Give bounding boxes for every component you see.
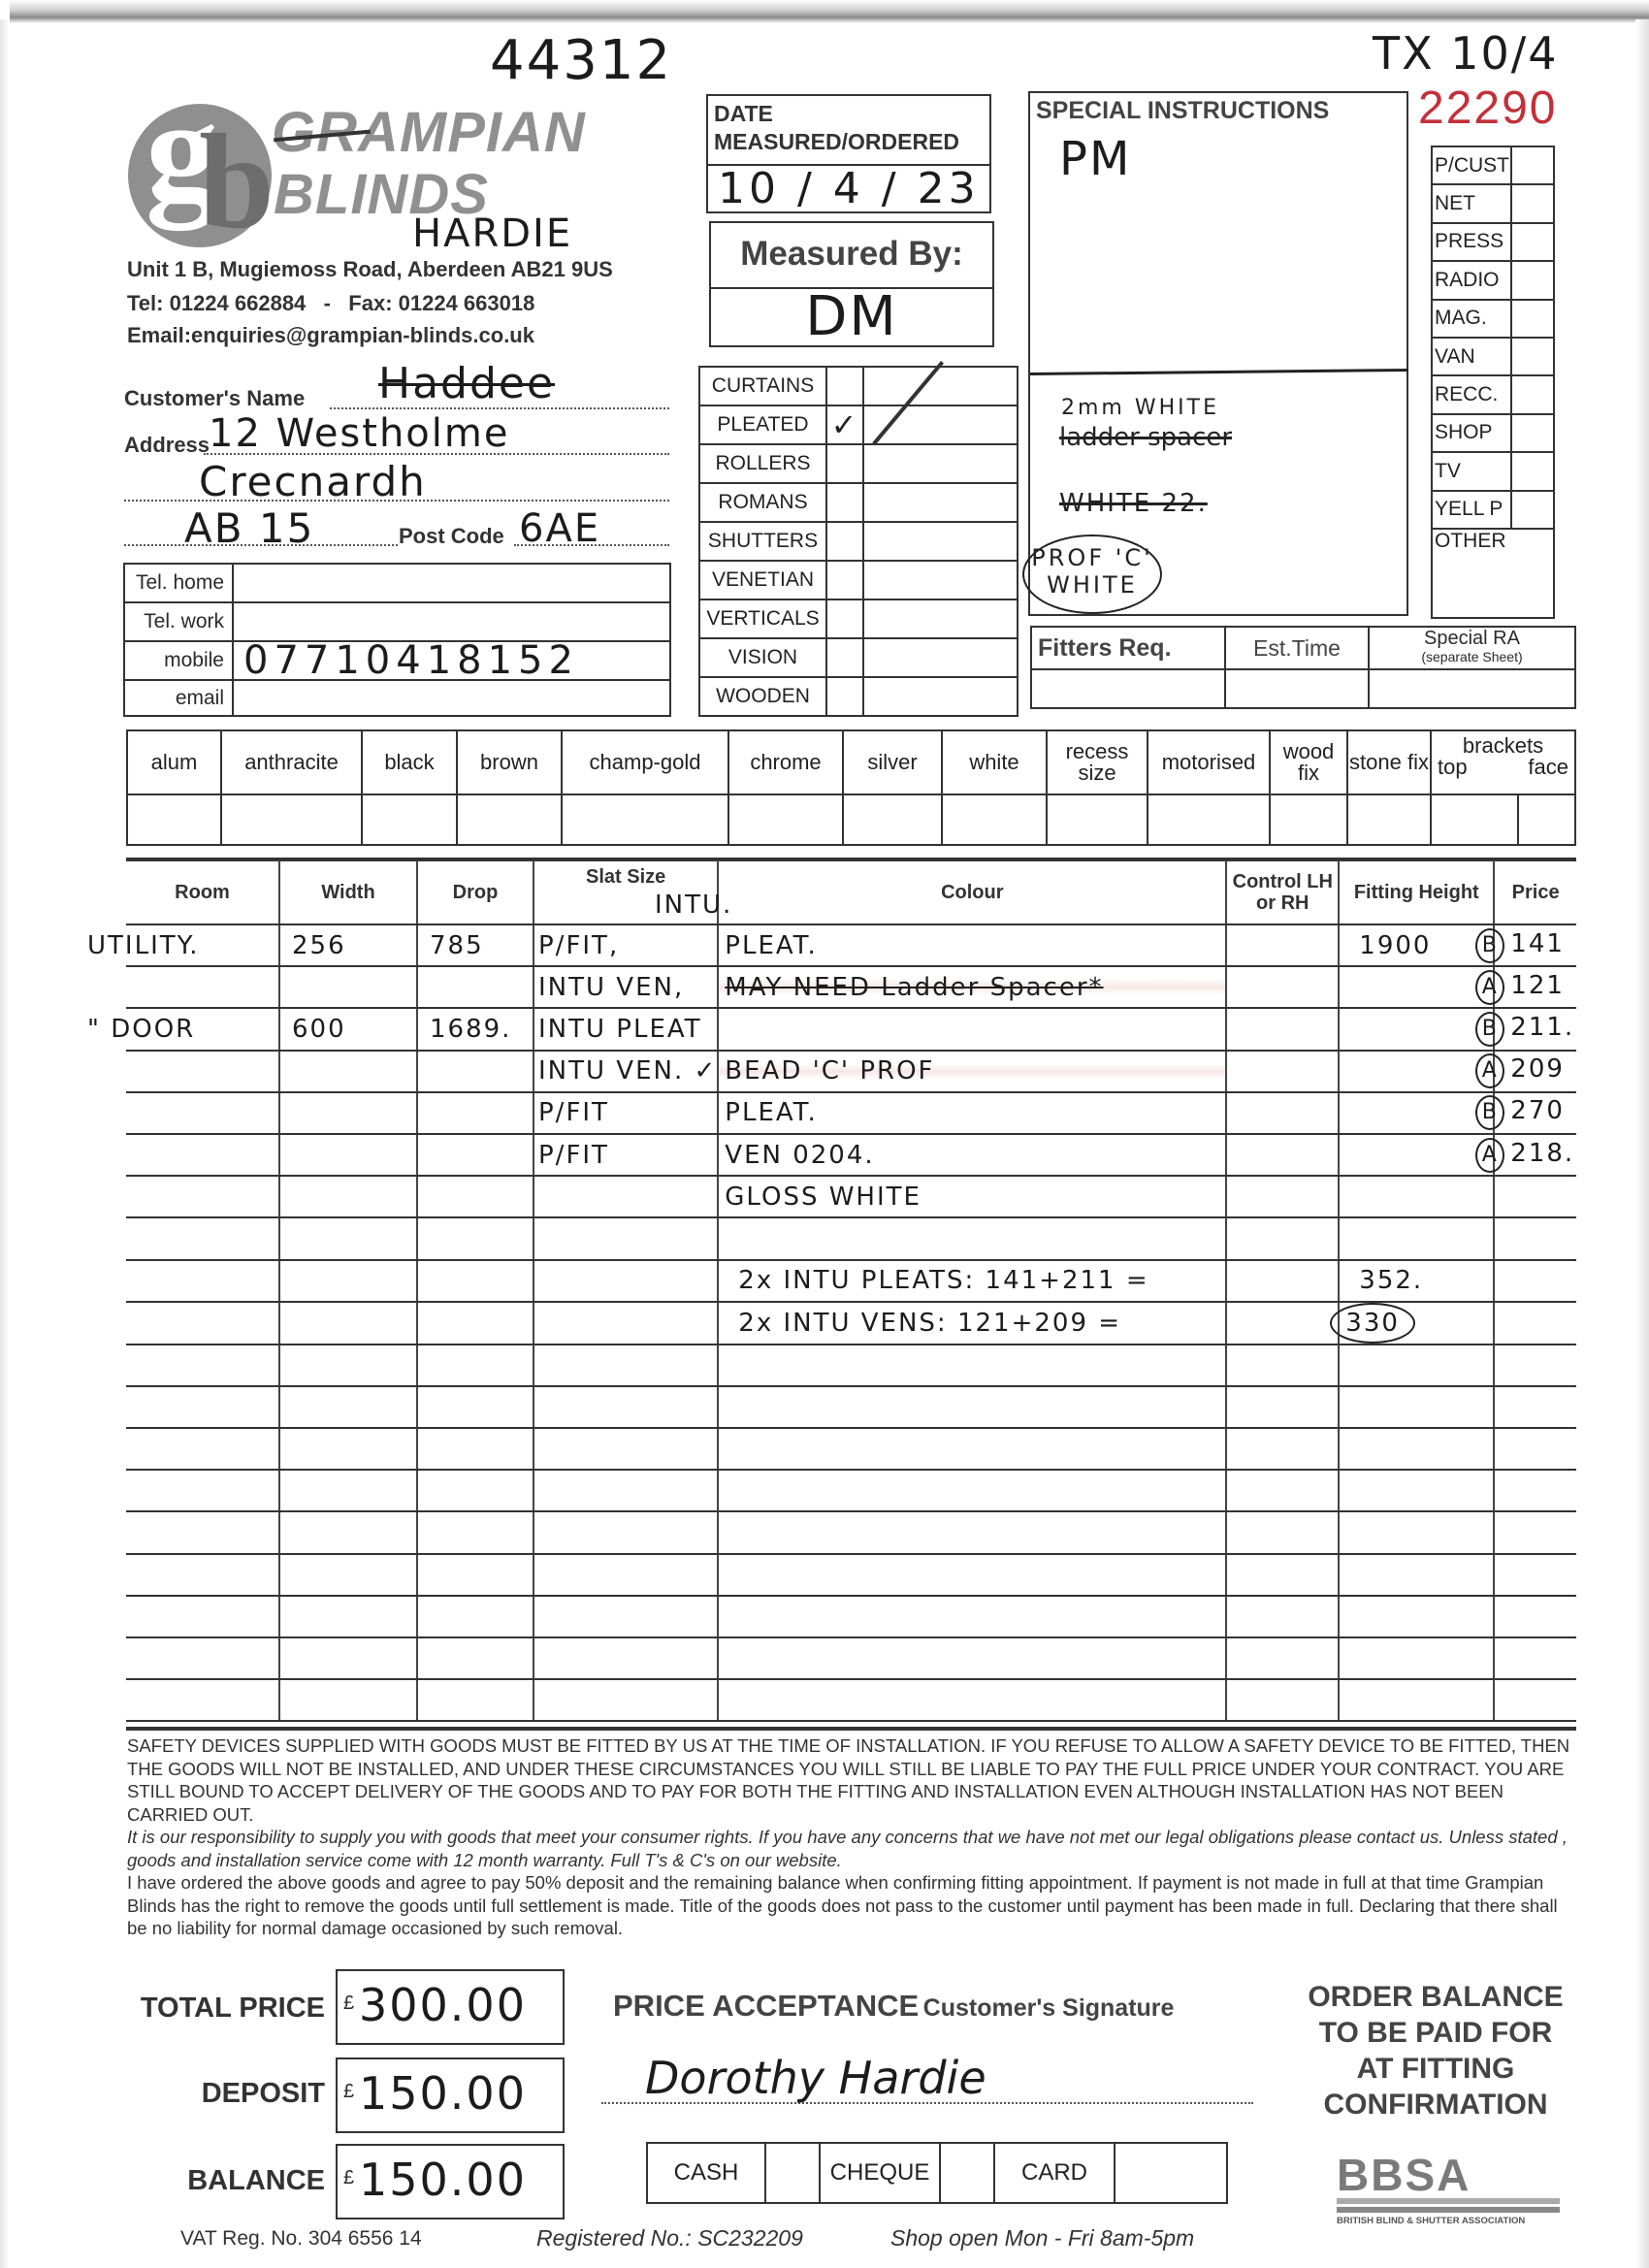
cell-drop[interactable] — [417, 1386, 533, 1428]
source-checkbox-shop[interactable] — [1511, 414, 1554, 452]
cell-fitting[interactable] — [1339, 1554, 1494, 1596]
cell-price[interactable] — [1494, 1260, 1576, 1302]
cell-fitting[interactable] — [1339, 1637, 1494, 1679]
cell-price[interactable] — [1494, 1679, 1576, 1721]
cell-drop[interactable]: 785 — [417, 924, 533, 966]
tel-home-field[interactable] — [233, 564, 670, 602]
blind-type-label: PLEATED — [699, 405, 826, 444]
cell-price[interactable] — [1494, 1554, 1576, 1596]
special-note-3: WHITE 22. — [1059, 489, 1208, 518]
special-ra-label: Special RA (separate Sheet) — [1369, 627, 1575, 669]
cell-price[interactable]: B211. — [1494, 1008, 1576, 1050]
blind-type-notes — [863, 561, 1018, 599]
options-value-row — [127, 794, 1575, 845]
handwritten-top-right-note: TX 10/4 — [1373, 27, 1559, 80]
cell-fitting[interactable]: 352. — [1339, 1260, 1494, 1302]
cell-width[interactable] — [279, 1302, 417, 1345]
blind-type-row: PLEATED✓ — [699, 405, 1018, 444]
cell-control[interactable] — [1226, 1596, 1339, 1637]
scan-right-shadow — [1635, 19, 1649, 2268]
cell-room[interactable] — [87, 1596, 241, 1637]
cell-drop[interactable]: 1689. — [417, 1008, 533, 1050]
option-field-black[interactable] — [362, 794, 457, 845]
cell-colour[interactable] — [718, 1217, 1226, 1259]
special-instructions-pen-line — [1030, 369, 1408, 375]
cell-fitting[interactable] — [1339, 1428, 1494, 1470]
blind-type-label: SHUTTERS — [699, 522, 826, 561]
col-drop: Drop — [417, 860, 533, 924]
cell-room[interactable] — [87, 1134, 241, 1176]
cell-drop[interactable] — [417, 1134, 533, 1176]
cell-drop[interactable] — [417, 1470, 533, 1511]
col-fitting-height: Fitting Height — [1339, 860, 1494, 924]
company-email: Email:enquiries@grampian-blinds.co.uk — [127, 323, 534, 348]
payment-label: CARD — [994, 2143, 1115, 2203]
cell-width[interactable] — [279, 1470, 417, 1511]
order-table-header: Room Width Drop Slat Size Colour Control… — [126, 860, 1576, 924]
option-header: anthracite — [221, 730, 362, 794]
tel-work-field[interactable] — [233, 602, 670, 641]
cell-drop[interactable] — [417, 1302, 533, 1345]
cell-width[interactable] — [279, 1511, 417, 1553]
cell-slat[interactable] — [533, 1345, 718, 1386]
cell-control[interactable] — [1226, 966, 1339, 1008]
table-row: 2x INTU PLEATS: 141+211 =352. — [126, 1260, 1576, 1302]
cell-fitting[interactable] — [1339, 1470, 1494, 1511]
cell-room[interactable] — [87, 1637, 241, 1679]
source-other-field[interactable]: OTHER — [1432, 529, 1554, 618]
cell-colour[interactable]: MAY NEED Ladder Spacer* — [718, 966, 1226, 1008]
cell-slat[interactable] — [533, 1428, 718, 1470]
blind-type-notes — [863, 599, 1018, 638]
blind-type-table: CURTAINS PLEATED✓ ROLLERS ROMANS SHUTTER… — [698, 366, 1018, 717]
blind-type-notes — [863, 677, 1018, 716]
cell-price[interactable] — [1494, 1596, 1576, 1637]
source-row: RADIO — [1432, 261, 1554, 299]
option-field-brown[interactable] — [457, 794, 562, 845]
table-row: P/FITVEN 0204.A218. — [126, 1134, 1576, 1176]
price-value: 209 — [1510, 1054, 1565, 1084]
source-row: YELL P — [1432, 491, 1554, 529]
cell-control[interactable] — [1226, 1511, 1339, 1553]
blind-type-notes — [863, 367, 1018, 405]
blind-type-notes — [863, 483, 1018, 522]
cell-colour[interactable] — [718, 1554, 1226, 1596]
blind-type-checkbox-verticals[interactable] — [826, 599, 863, 638]
cell-room[interactable] — [87, 1302, 241, 1345]
cell-colour[interactable]: VEN 0204. — [718, 1134, 1226, 1176]
cell-colour[interactable] — [718, 1008, 1226, 1050]
source-row: TV — [1432, 452, 1554, 490]
pound-sign: £ — [343, 2167, 354, 2189]
price-band-circle: B — [1475, 928, 1504, 963]
cell-drop[interactable] — [417, 1637, 533, 1679]
cell-drop[interactable] — [417, 1428, 533, 1470]
table-row — [126, 1386, 1576, 1428]
cell-price[interactable]: A209 — [1494, 1051, 1576, 1092]
cell-control[interactable] — [1226, 1176, 1339, 1217]
cell-width[interactable] — [279, 1260, 417, 1302]
cell-width[interactable]: 600 — [279, 1008, 417, 1050]
est-time-field[interactable] — [1225, 669, 1369, 708]
cell-fitting[interactable] — [1339, 1217, 1494, 1259]
source-row: PRESS — [1432, 223, 1554, 261]
price-acceptance-heading: PRICE ACCEPTANCE Customer's Signature — [613, 1989, 1174, 2024]
option-field-stone-fix[interactable] — [1347, 794, 1431, 845]
cell-fitting[interactable] — [1339, 1092, 1494, 1134]
cell-width[interactable] — [279, 1176, 417, 1217]
vat-number: VAT Reg. No. 304 6556 14 — [180, 2227, 422, 2251]
form-number: 22290 — [1418, 81, 1557, 135]
cell-room[interactable] — [87, 1260, 241, 1302]
cell-colour[interactable]: PLEAT. — [718, 1092, 1226, 1134]
source-label: NET — [1432, 184, 1511, 222]
cell-slat[interactable]: P/FIT — [533, 1134, 718, 1176]
cell-control[interactable] — [1226, 1092, 1339, 1134]
date-box: DATE MEASURED/ORDERED 10 / 4 / 23 — [706, 94, 991, 213]
cell-width[interactable] — [279, 1345, 417, 1386]
logo-letter-b: b — [199, 114, 275, 250]
deposit-field[interactable]: 150.00 — [359, 2067, 527, 2120]
price-value: 121 — [1510, 971, 1565, 1000]
cell-slat[interactable] — [533, 1511, 718, 1553]
cell-colour[interactable] — [718, 1511, 1226, 1553]
cell-room[interactable] — [87, 1051, 241, 1092]
cell-price[interactable] — [1494, 1176, 1576, 1217]
total-price-field[interactable]: 300.00 — [359, 1979, 527, 2031]
option-field-motorised[interactable] — [1148, 794, 1270, 845]
address-field-3[interactable]: AB 15 — [184, 504, 314, 552]
cell-width[interactable] — [279, 1134, 417, 1176]
price-value: 141 — [1510, 929, 1565, 958]
payment-method-table: CASH CHEQUE CARD — [646, 2142, 1228, 2204]
option-header: champ-gold — [562, 730, 728, 794]
cell-colour[interactable] — [718, 1428, 1226, 1470]
price-band-circle: B — [1475, 1012, 1504, 1047]
cell-slat[interactable] — [533, 1470, 718, 1511]
cell-width[interactable] — [279, 1386, 417, 1428]
cell-room[interactable] — [87, 966, 241, 1008]
source-checkbox-press[interactable] — [1511, 223, 1554, 261]
cell-colour[interactable]: GLOSS WHITE — [718, 1176, 1226, 1217]
cell-colour[interactable] — [718, 1470, 1226, 1511]
contact-row: mobile 07710418152 — [124, 641, 670, 680]
cell-slat[interactable]: INTU PLEAT — [533, 1008, 718, 1050]
source-checkbox-mag[interactable] — [1511, 300, 1554, 338]
option-field-recess-size[interactable] — [1047, 794, 1148, 845]
cell-colour[interactable]: 2x INTU VENS: 121+209 = — [718, 1302, 1226, 1345]
cell-room[interactable] — [87, 1511, 241, 1553]
cell-colour[interactable]: 2x INTU PLEATS: 141+211 = — [718, 1260, 1226, 1302]
fitters-req-field[interactable] — [1031, 669, 1225, 708]
blind-type-checkbox-wooden[interactable] — [826, 677, 863, 716]
cell-control[interactable] — [1226, 1302, 1339, 1345]
cell-price[interactable] — [1494, 1386, 1576, 1428]
source-checkbox-radio[interactable] — [1511, 261, 1554, 299]
cell-fitting[interactable] — [1339, 1134, 1494, 1176]
cell-drop[interactable] — [417, 1345, 533, 1386]
cell-fitting[interactable] — [1339, 1008, 1494, 1050]
cell-colour[interactable] — [718, 1345, 1226, 1386]
blind-type-checkbox-vision[interactable] — [826, 638, 863, 677]
cell-drop[interactable] — [417, 1176, 533, 1217]
circled-total: 330 — [1330, 1303, 1415, 1344]
table-row: INTU VEN,MAY NEED Ladder Spacer*A121 — [126, 966, 1576, 1008]
cell-width[interactable] — [279, 1092, 417, 1134]
cell-control[interactable] — [1226, 1217, 1339, 1259]
cell-drop[interactable] — [417, 966, 533, 1008]
cell-control[interactable] — [1226, 1134, 1339, 1176]
customer-signature[interactable]: Dorothy Hardie — [645, 2052, 986, 2104]
option-field-alum[interactable] — [127, 794, 221, 845]
header-annotation: INTU. — [655, 891, 732, 920]
cell-slat[interactable] — [533, 1554, 718, 1596]
source-row: RECC. — [1432, 375, 1554, 413]
cell-slat[interactable] — [533, 1260, 718, 1302]
cell-width[interactable] — [279, 1596, 417, 1637]
option-field-silver[interactable] — [843, 794, 942, 845]
cell-fitting[interactable] — [1339, 1679, 1494, 1721]
cell-control[interactable] — [1226, 1051, 1339, 1092]
price-band-circle: A — [1475, 970, 1504, 1005]
source-checkbox-recc[interactable] — [1511, 375, 1554, 413]
circled-note: PROF 'C' WHITE — [1022, 535, 1162, 614]
cell-control[interactable] — [1226, 1637, 1339, 1679]
cell-fitting[interactable] — [1339, 1176, 1494, 1217]
blind-type-checkbox-curtains[interactable] — [826, 367, 863, 405]
cell-slat[interactable]: P/FIT — [533, 1092, 718, 1134]
contact-label: Tel. home — [124, 564, 233, 602]
postcode-field[interactable]: 6AE — [519, 506, 600, 551]
cell-price[interactable]: A218. — [1494, 1134, 1576, 1176]
order-balance-line: CONFIRMATION — [1280, 2087, 1591, 2122]
blind-type-checkbox-rollers[interactable] — [826, 444, 863, 483]
table-row — [126, 1345, 1576, 1386]
cell-slat[interactable] — [533, 1637, 718, 1679]
price-value: 218. — [1510, 1139, 1574, 1168]
cell-price[interactable] — [1494, 1511, 1576, 1553]
cell-control[interactable] — [1226, 1554, 1339, 1596]
cell-width[interactable] — [279, 1637, 417, 1679]
fitters-req-label: Fitters Req. — [1031, 627, 1225, 669]
cell-drop[interactable] — [417, 1092, 533, 1134]
table-row — [126, 1679, 1576, 1721]
option-field-brackets-face[interactable] — [1518, 794, 1575, 845]
cell-control[interactable] — [1226, 1260, 1339, 1302]
balance-field[interactable]: 150.00 — [359, 2154, 527, 2206]
table-row — [126, 1511, 1576, 1553]
option-field-brackets-top[interactable] — [1431, 794, 1518, 845]
source-label: RADIO — [1432, 261, 1511, 299]
customer-name-field[interactable]: Haddee — [378, 359, 555, 408]
cell-colour[interactable] — [718, 1679, 1226, 1721]
special-instructions-label: SPECIAL INSTRUCTIONS — [1030, 93, 1406, 129]
cell-width[interactable] — [279, 1217, 417, 1259]
cell-control[interactable] — [1226, 1470, 1339, 1511]
cell-fitting[interactable]: 330 — [1339, 1302, 1494, 1345]
contact-label: email — [124, 680, 233, 716]
cell-control[interactable] — [1226, 1345, 1339, 1386]
cell-width[interactable]: 256 — [279, 924, 417, 966]
option-header: brown — [457, 730, 562, 794]
payment-checkbox-card[interactable] — [1115, 2143, 1227, 2203]
shop-hours: Shop open Mon - Fri 8am-5pm — [890, 2225, 1194, 2252]
cell-control[interactable] — [1226, 1679, 1339, 1721]
table-row: P/FITPLEAT.B270 — [126, 1092, 1576, 1134]
source-checkbox-tv[interactable] — [1511, 452, 1554, 490]
special-ra-field[interactable] — [1369, 669, 1575, 708]
cell-colour[interactable] — [718, 1637, 1226, 1679]
special-note-1: 2mm WHITE — [1061, 396, 1219, 420]
source-checkbox-yellp[interactable] — [1511, 491, 1554, 529]
cell-drop[interactable] — [417, 1051, 533, 1092]
cell-room[interactable] — [87, 1176, 241, 1217]
postcode-label: Post Code — [399, 524, 504, 549]
cell-price[interactable] — [1494, 1345, 1576, 1386]
cell-price[interactable] — [1494, 1302, 1576, 1345]
fitters-header-row: Fitters Req. Est.Time Special RA (separa… — [1031, 627, 1575, 669]
cell-width[interactable] — [279, 1554, 417, 1596]
cell-slat[interactable]: INTU VEN. ✓ — [533, 1051, 718, 1092]
email-field[interactable] — [233, 680, 670, 716]
cell-slat[interactable] — [533, 1217, 718, 1259]
cell-drop[interactable] — [417, 1679, 533, 1721]
blind-type-row: VENETIAN — [699, 561, 1018, 599]
blind-type-checkbox-venetian[interactable] — [826, 561, 863, 599]
cell-price[interactable]: A121 — [1494, 966, 1576, 1008]
blind-type-label: VERTICALS — [699, 599, 826, 638]
option-header: white — [942, 730, 1047, 794]
cell-room[interactable] — [87, 1679, 241, 1721]
measured-by-field[interactable]: DM — [711, 289, 992, 345]
cell-width[interactable] — [279, 1428, 417, 1470]
cell-fitting[interactable] — [1339, 966, 1494, 1008]
table-row: GLOSS WHITE — [126, 1176, 1576, 1217]
option-header: recess size — [1047, 730, 1148, 794]
cell-width[interactable] — [279, 966, 417, 1008]
address-field-1[interactable]: 12 Westholme — [209, 411, 509, 456]
cell-drop[interactable] — [417, 1554, 533, 1596]
cell-width[interactable] — [279, 1679, 417, 1721]
cell-drop[interactable] — [417, 1260, 533, 1302]
cell-slat[interactable] — [533, 1386, 718, 1428]
price-band-circle: B — [1475, 1095, 1504, 1130]
cell-price[interactable] — [1494, 1637, 1576, 1679]
cell-room[interactable] — [87, 1345, 241, 1386]
cell-colour[interactable]: BEAD 'C' PROF — [718, 1051, 1226, 1092]
source-label: TV — [1432, 452, 1511, 490]
cell-colour[interactable] — [718, 1386, 1226, 1428]
brackets-sub: top face — [1432, 757, 1574, 778]
mobile-field[interactable]: 07710418152 — [233, 641, 670, 680]
payment-checkbox-cash[interactable] — [765, 2143, 820, 2203]
handwritten-reference: 44312 — [490, 29, 672, 92]
col-width: Width — [279, 860, 417, 924]
option-field-wood-fix[interactable] — [1270, 794, 1347, 845]
deposit-label: DEPOSIT — [112, 2078, 325, 2110]
blind-type-checkbox-pleated[interactable]: ✓ — [826, 405, 863, 444]
cell-room[interactable]: UTILITY. — [87, 924, 241, 966]
price-value: 211. — [1510, 1013, 1574, 1042]
cell-colour[interactable]: PLEAT. — [718, 924, 1226, 966]
source-checkbox-pcust[interactable] — [1511, 146, 1554, 184]
blind-type-notes — [863, 444, 1018, 483]
cell-fitting[interactable]: 1900 — [1339, 924, 1494, 966]
option-field-white[interactable] — [942, 794, 1047, 845]
cell-room[interactable] — [87, 1554, 241, 1596]
cell-drop[interactable] — [417, 1596, 533, 1637]
address-field-2[interactable]: Crecnardh — [199, 458, 427, 505]
special-ra-subtitle: (separate Sheet) — [1370, 648, 1574, 666]
cell-price[interactable] — [1494, 1428, 1576, 1470]
cell-fitting[interactable] — [1339, 1596, 1494, 1637]
cell-slat[interactable] — [533, 1176, 718, 1217]
option-field-chrome[interactable] — [728, 794, 843, 845]
cell-price[interactable]: B141 — [1494, 924, 1576, 966]
contact-label: mobile — [124, 641, 233, 680]
cell-control[interactable] — [1226, 1386, 1339, 1428]
cell-fitting[interactable] — [1339, 1386, 1494, 1428]
cell-room[interactable] — [87, 1470, 241, 1511]
cell-fitting[interactable] — [1339, 1345, 1494, 1386]
bbsa-tagline: BRITISH BLIND & SHUTTER ASSOCIATION — [1337, 2216, 1560, 2226]
cell-room[interactable]: " DOOR — [87, 1008, 241, 1050]
cell-drop[interactable] — [417, 1217, 533, 1259]
cell-control[interactable] — [1226, 1008, 1339, 1050]
source-label: SHOP — [1432, 414, 1511, 452]
cell-room[interactable] — [87, 1092, 241, 1134]
cell-slat[interactable] — [533, 1596, 718, 1637]
payment-label: CHEQUE — [820, 2143, 940, 2203]
source-checkbox-van[interactable] — [1511, 338, 1554, 375]
cell-colour[interactable] — [718, 1596, 1226, 1637]
source-label: YELL P — [1432, 491, 1511, 529]
cell-slat[interactable]: INTU VEN, — [533, 966, 718, 1008]
source-checkbox-net[interactable] — [1511, 184, 1554, 222]
price-acceptance-subtitle: Customer's Signature — [923, 1994, 1175, 2022]
date-field[interactable]: 10 / 4 / 23 — [708, 166, 989, 212]
option-header: black — [362, 730, 457, 794]
option-header: silver — [843, 730, 942, 794]
cell-drop[interactable] — [417, 1511, 533, 1553]
cell-fitting[interactable] — [1339, 1511, 1494, 1553]
cell-slat[interactable] — [533, 1679, 718, 1721]
blind-type-label: WOODEN — [699, 677, 826, 716]
table-row — [126, 1596, 1576, 1637]
cell-room[interactable] — [87, 1217, 241, 1259]
cell-price[interactable] — [1494, 1470, 1576, 1511]
brackets-top-label: top — [1438, 757, 1468, 778]
special-ra-title: Special RA — [1370, 630, 1574, 648]
cell-slat[interactable] — [533, 1302, 718, 1345]
cell-control[interactable] — [1226, 1428, 1339, 1470]
cell-fitting[interactable] — [1339, 1051, 1494, 1092]
blind-type-checkbox-shutters[interactable] — [826, 522, 863, 561]
option-field-anthracite[interactable] — [221, 794, 362, 845]
cell-slat[interactable]: P/FIT, — [533, 924, 718, 966]
cell-price[interactable]: B270 — [1494, 1092, 1576, 1134]
address-label: Address — [124, 433, 210, 458]
blind-type-checkbox-romans[interactable] — [826, 483, 863, 522]
cell-control[interactable] — [1226, 924, 1339, 966]
cell-room[interactable] — [87, 1386, 241, 1428]
option-field-champ-gold[interactable] — [562, 794, 728, 845]
payment-checkbox-cheque[interactable] — [940, 2143, 994, 2203]
blind-type-row: VISION — [699, 638, 1018, 677]
cell-room[interactable] — [87, 1428, 241, 1470]
cell-width[interactable] — [279, 1051, 417, 1092]
cell-price[interactable] — [1494, 1217, 1576, 1259]
